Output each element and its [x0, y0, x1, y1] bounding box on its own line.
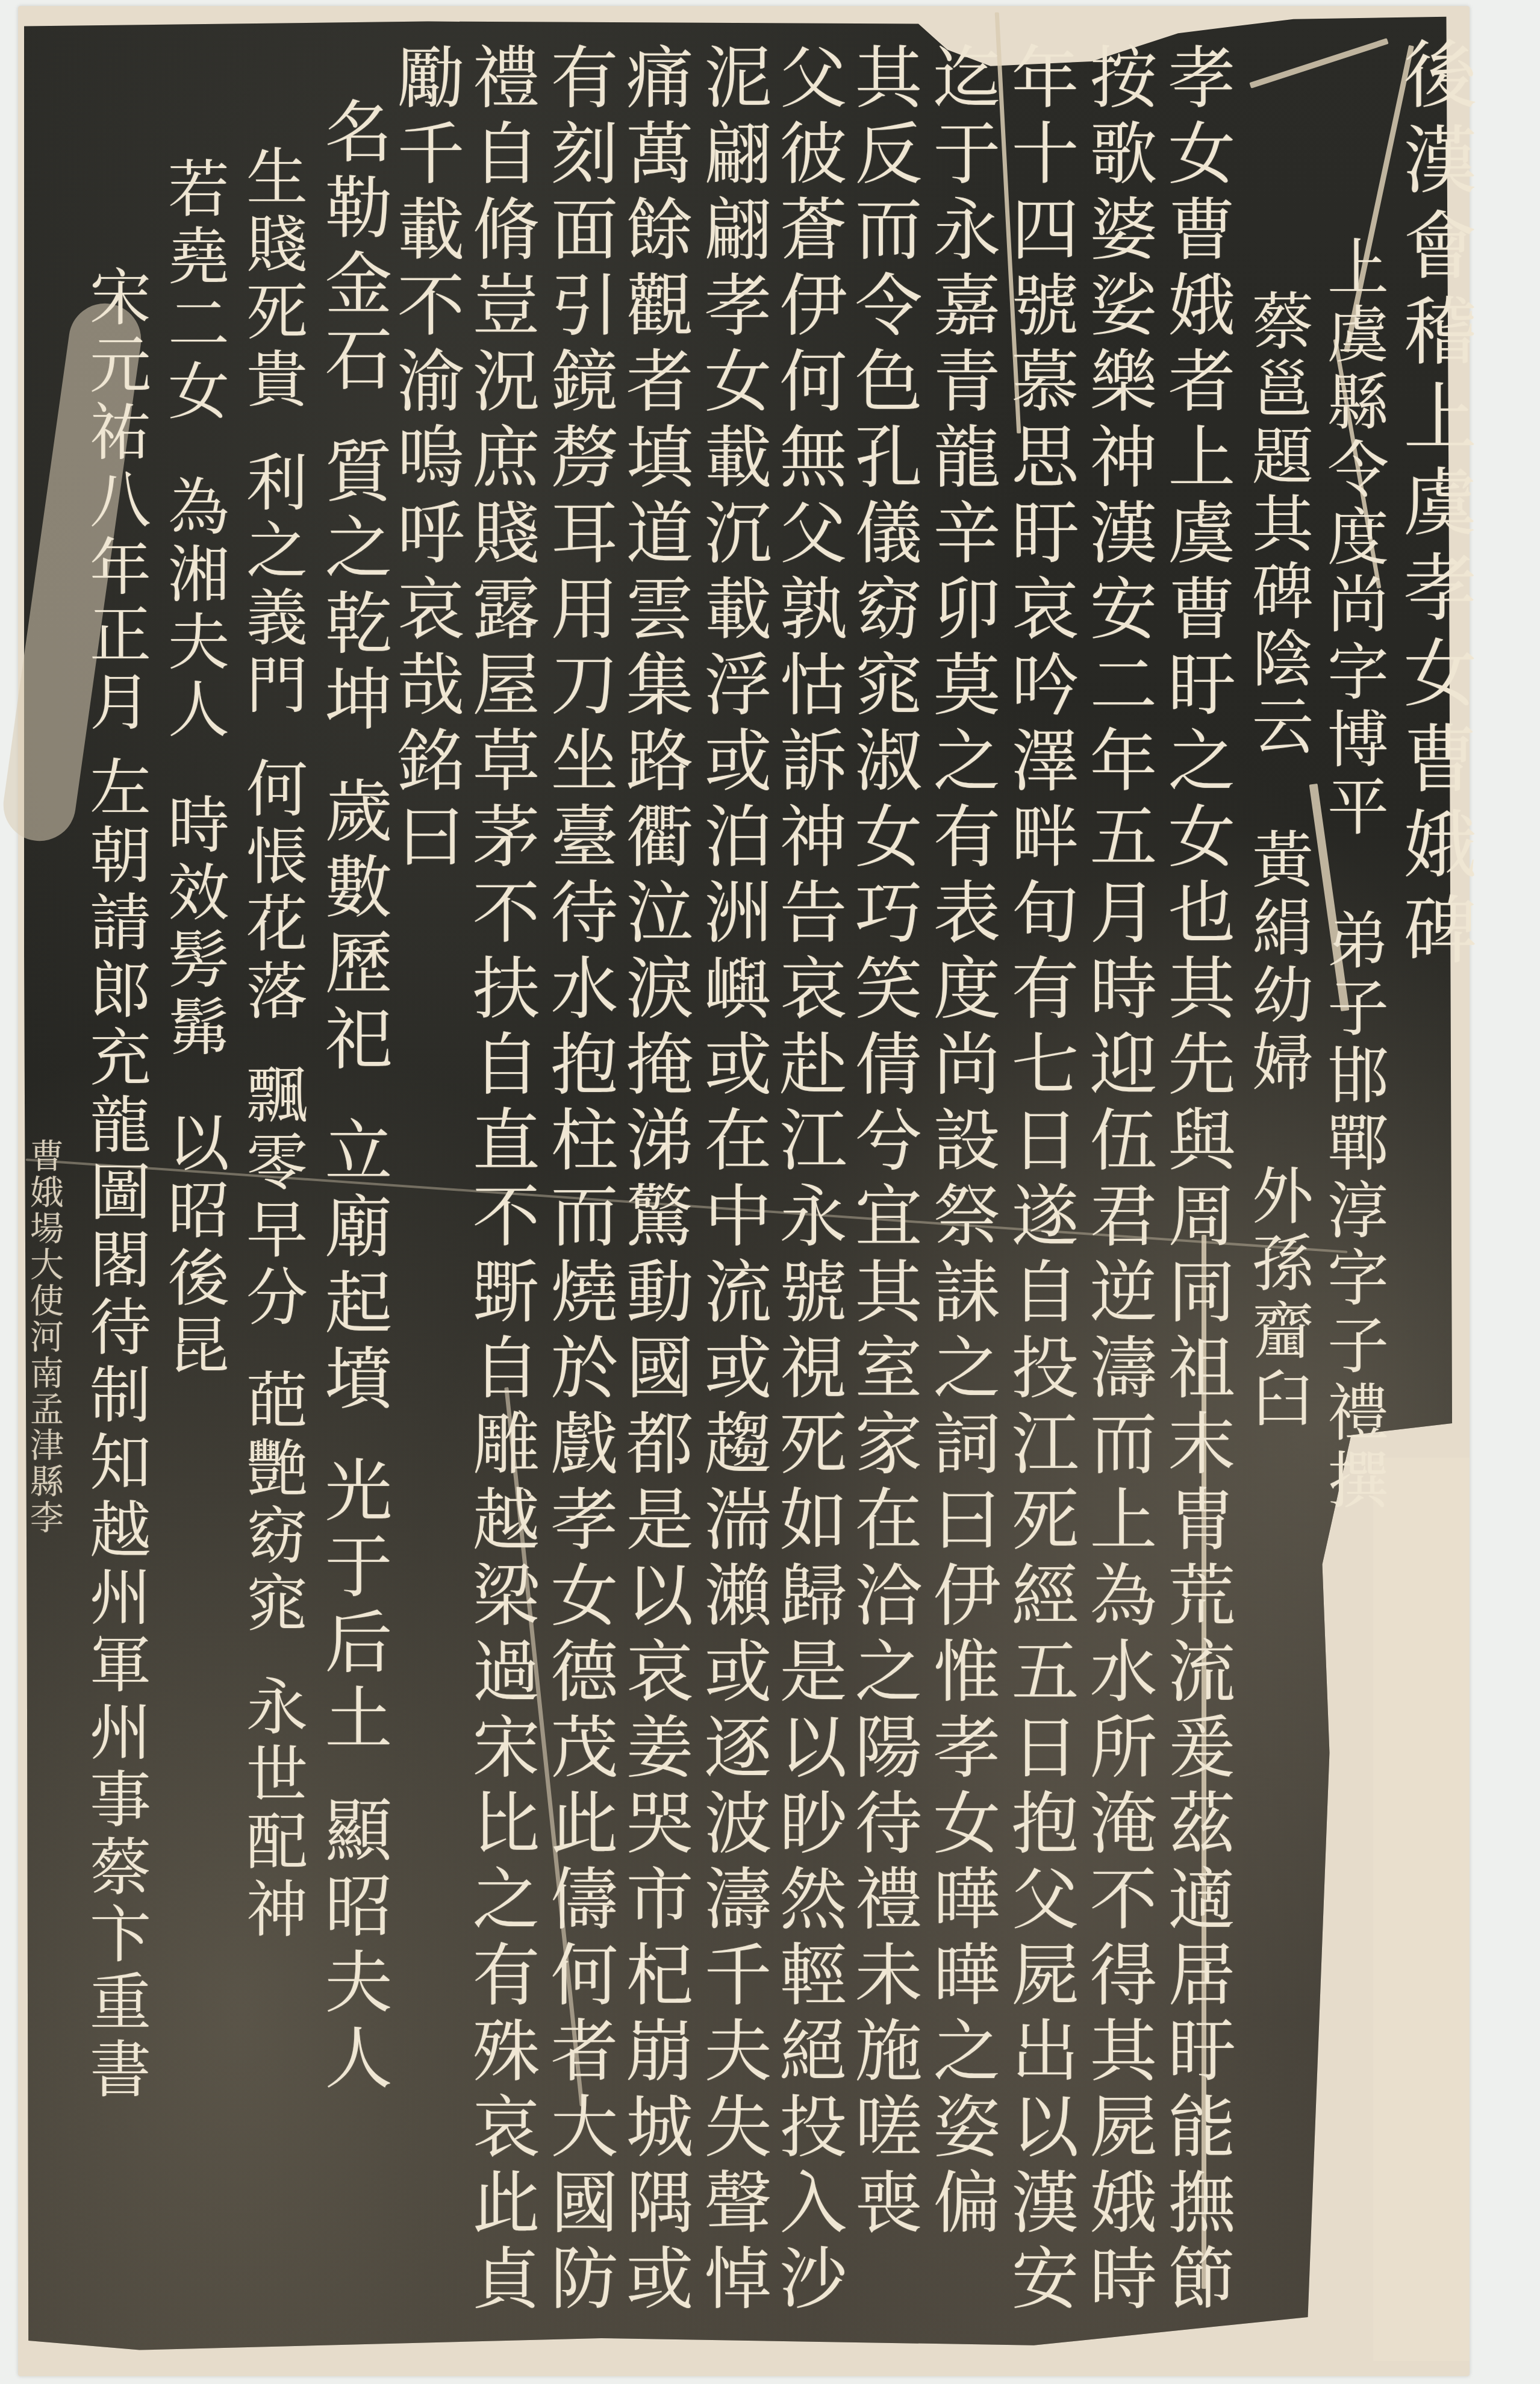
- verse-line: 立廟起墳: [319, 1116, 387, 1419]
- verse-line: 永世配神: [241, 1674, 302, 1944]
- colophon-date: 宋元祐八年正月: [84, 265, 146, 737]
- author-line: 上虞縣令度尚字博平弟子邯鄲淳字子禮撰: [1322, 235, 1383, 1515]
- author-segment: 上虞縣令度尚字博平: [1322, 235, 1383, 842]
- verse-line: 時效髣髴: [163, 793, 224, 1063]
- verse-line: 飄零早分: [241, 1063, 302, 1332]
- verse-line: 生賤死貴: [241, 145, 302, 414]
- cai-yong-note: 蔡邕題其碑陰云黃絹幼婦外孫齏臼: [1247, 289, 1308, 1434]
- text-column: 泥翩翩孝女載沉載浮或泊洲嶼或在中流或趨湍瀨或逐波濤千夫失聲悼: [699, 42, 766, 2319]
- side-inscription: 曹娥場大使河南孟津縣李: [27, 1138, 61, 1536]
- stele-title: 後漢會稽上虞孝女曹娥碑: [1397, 36, 1471, 977]
- text-column: 有刻面引鏡剺耳用刀坐臺待水抱柱而燒於戲孝女德茂此儔何者大國防: [545, 42, 613, 2319]
- text-column: 父彼蒼伊何無父孰怙訴神告哀赴江永號視死如歸是以眇然輕絕投入沙: [774, 42, 841, 2319]
- text-column: 迄于永嘉青龍辛卯莫之有表度尚設祭誄之詞曰伊惟孝女曄曄之姿偏: [927, 42, 995, 2243]
- verse-column: 名勒金石質之乾坤歲數歷祀立廟起墳光于后土顯昭夫人: [319, 96, 387, 2098]
- verse-line: 為湘夫人: [163, 475, 224, 744]
- text-column: 孝女曹娥者上虞曹盱之女也其先與周同祖末胄荒流爰茲適居盱能撫節: [1162, 42, 1230, 2319]
- note-segment: 蔡邕題其碑陰云: [1247, 289, 1308, 761]
- colophon: 宋元祐八年正月左朝請郎充龍圖閣待制知越州軍州事蔡卞重書: [84, 265, 146, 2105]
- verse-line: 葩艷窈窕: [241, 1368, 302, 1638]
- verse-line: 何悵花落: [241, 757, 302, 1026]
- colophon-signature: 左朝請郎充龍圖閣待制知越州軍州事蔡卞重書: [84, 755, 146, 2105]
- text-column: 勵千載不渝嗚呼哀哉銘曰: [391, 42, 459, 877]
- verse-line: 名勒金石: [319, 96, 387, 400]
- verse-line: 若堯二女: [163, 157, 224, 426]
- note-segment: 黃絹幼婦: [1247, 828, 1308, 1097]
- verse-column: 生賤死貴利之義門何悵花落飄零早分葩艷窈窕永世配神: [241, 145, 302, 1944]
- verse-line: 質之乾坤: [319, 436, 387, 740]
- inscription-text: 後漢會稽上虞孝女曹娥碑 上虞縣令度尚字博平弟子邯鄲淳字子禮撰 蔡邕題其碑陰云黃絹…: [0, 0, 1540, 2384]
- author-segment: 弟子邯鄲淳字子禮撰: [1322, 908, 1383, 1515]
- verse-line: 利之義門: [241, 451, 302, 720]
- verse-line: 歲數歷祀: [319, 776, 387, 1079]
- text-column: 禮自脩豈況庶賤露屋草茅不扶自直不斲自雕越梁過宋比之有殊哀此貞: [467, 42, 534, 2319]
- text-column: 痛萬餘觀者填道雲集路衢泣淚掩涕驚動國都是以哀姜哭市杞崩城隅或: [620, 42, 688, 2319]
- verse-line: 顯昭夫人: [319, 1795, 387, 2098]
- verse-line: 光于后土: [319, 1455, 387, 1759]
- verse-column: 若堯二女為湘夫人時效髣髴以昭後昆: [163, 157, 224, 1381]
- note-segment: 外孫齏臼: [1247, 1164, 1308, 1434]
- text-column: 其反而令色孔儀窈窕淑女巧笑倩兮宜其室家在洽之陽待禮未施嗟喪: [849, 42, 917, 2243]
- verse-line: 以昭後昆: [163, 1111, 224, 1381]
- text-column: 年十四號慕思盱哀吟澤畔旬有七日遂自投江死經五日抱父屍出以漢安: [1006, 42, 1073, 2319]
- text-column: 按歌婆娑樂神漢安二年五月時迎伍君逆濤而上為水所淹不得其屍娥時: [1084, 42, 1152, 2319]
